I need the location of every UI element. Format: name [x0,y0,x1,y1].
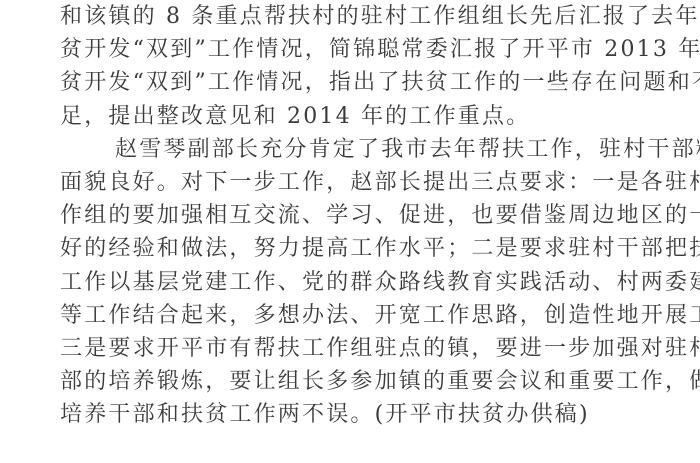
document-page: 和该镇的 8 条重点帮扶村的驻村工作组组长先后汇报了去年扶 贫开发“双到”工作情… [60,0,650,431]
paragraph-1: 和该镇的 8 条重点帮扶村的驻村工作组组长先后汇报了去年扶 贫开发“双到”工作情… [60,0,650,133]
text-line: 部的培养锻炼，要让组长多参加镇的重要会议和重要工作，做到 [60,365,650,398]
text-line: 面貌良好。对下一步工作，赵部长提出三点要求：一是各驻村工 [60,166,650,199]
text-line: 工作以基层党建工作、党的群众路线教育实践活动、村两委建设 [60,266,650,299]
text-line: 贫开发“双到”工作情况，简锦聪常委汇报了开平市 2013 年扶 [60,33,650,66]
text-line: 赵雪琴副部长充分肯定了我市去年帮扶工作，驻村干部精神 [60,133,650,166]
text-line: 贫开发“双到”工作情况，指出了扶贫工作的一些存在问题和不 [60,66,650,99]
text-line: 培养干部和扶贫工作两不误。(开平市扶贫办供稿) [60,398,650,431]
text-line: 作组的要加强相互交流、学习、促进，也要借鉴周边地区的一些 [60,199,650,232]
text-line: 和该镇的 8 条重点帮扶村的驻村工作组组长先后汇报了去年扶 [60,0,650,33]
text-line: 三是要求开平市有帮扶工作组驻点的镇，要进一步加强对驻村干 [60,332,650,365]
text-line: 足，提出整改意见和 2014 年的工作重点。 [60,100,650,133]
paragraph-2: 赵雪琴副部长充分肯定了我市去年帮扶工作，驻村干部精神 面貌良好。对下一步工作，赵… [60,133,650,432]
text-line: 好的经验和做法，努力提高工作水平；二是要求驻村干部把扶贫 [60,232,650,265]
text-line: 等工作结合起来，多想办法、开宽工作思路，创造性地开展工作； [60,299,650,332]
